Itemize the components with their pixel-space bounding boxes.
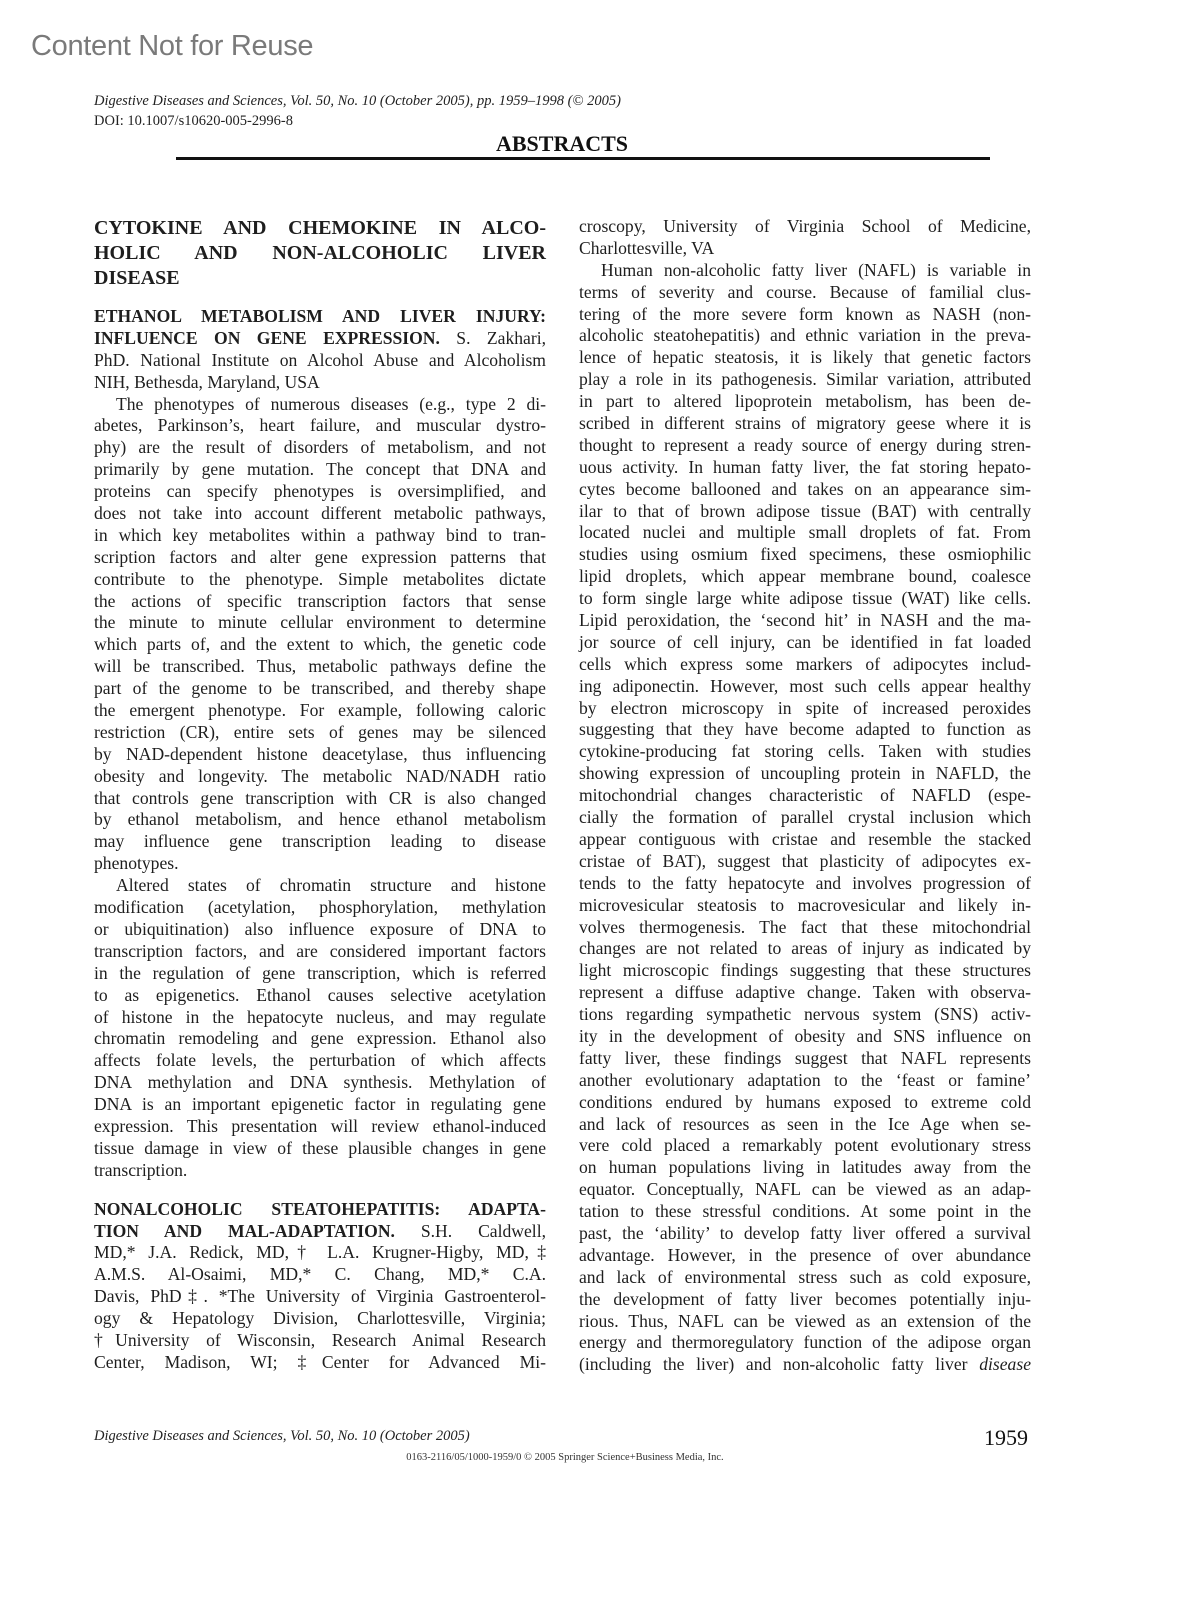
text-line: studies using osmium fixed specimens, th… xyxy=(579,544,1031,566)
text-line: Lipid peroxidation, the ‘second hit’ in … xyxy=(579,610,1031,632)
text-fragment: (including the liver) and non-alcoholic … xyxy=(579,1354,979,1374)
text-line: energy and thermoregulatory function of … xyxy=(579,1332,1031,1354)
text-line: showing expression of uncoupling protein… xyxy=(579,763,1031,785)
copyright-line: 0163-2116/05/1000-1959/0 © 2005 Springer… xyxy=(0,1452,1200,1463)
text-line: restriction (CR), entire sets of genes m… xyxy=(94,722,546,744)
text-line: rious. Thus, NAFL can be viewed as an ex… xyxy=(579,1311,1031,1333)
text-line: represent a diffuse adaptive change. Tak… xyxy=(579,982,1031,1004)
author-line: Center, Madison, WI; ‡Center for Advance… xyxy=(94,1352,546,1374)
text-line: part of the genome to be transcribed, an… xyxy=(94,678,546,700)
copyright-text: 0163-2116/05/1000-1959/0 © 2005 Springer… xyxy=(406,1452,723,1463)
text-line: Human non-alcoholic fatty liver (NAFL) i… xyxy=(579,260,1031,282)
abstract-title-author-line: INFLUENCE ON GENE EXPRESSION. S. Zakhari… xyxy=(94,328,546,350)
text-line: by NAD-dependent histone deacetylase, th… xyxy=(94,744,546,766)
text-line: and lack of resources as seen in the Ice… xyxy=(579,1114,1031,1136)
abstract-title-line: NONALCOHOLIC STEATOHEPATITIS: ADAPTA- xyxy=(94,1199,546,1221)
text-line: to form single large white adipose tissu… xyxy=(579,588,1031,610)
text-line: appear contiguous with cristae and resem… xyxy=(579,829,1031,851)
abstract-title-author-line: TION AND MAL-ADAPTATION. S.H. Caldwell, xyxy=(94,1221,546,1243)
text-line: alcoholic steatohepatitis) and ethnic va… xyxy=(579,325,1031,347)
text-line: will be transcribed. Thus, metabolic pat… xyxy=(94,656,546,678)
text-line: cells which express some markers of adip… xyxy=(579,654,1031,676)
text-line: play a role in its pathogenesis. Similar… xyxy=(579,369,1031,391)
text-line: in the regulation of gene transcription,… xyxy=(94,963,546,985)
major-heading: CYTOKINE AND CHEMOKINE IN ALCO- HOLIC AN… xyxy=(94,216,546,291)
author-name: S.H. Caldwell, xyxy=(395,1221,546,1241)
abstract-paragraph: Altered states of chromatin structure an… xyxy=(94,875,546,1181)
text-line: affects folate levels, the perturbation … xyxy=(94,1050,546,1072)
text-line: Altered states of chromatin structure an… xyxy=(94,875,546,897)
text-line: scription factors and alter gene express… xyxy=(94,547,546,569)
text-line: or ubiquitination) also influence exposu… xyxy=(94,919,546,941)
page-number: 1959 xyxy=(984,1425,1028,1451)
text-line: cytokine-producing fat storing cells. Ta… xyxy=(579,741,1031,763)
text-line: cytes become ballooned and takes on an a… xyxy=(579,479,1031,501)
text-line: to as epigenetics. Ethanol causes select… xyxy=(94,985,546,1007)
major-heading-line: HOLIC AND NON-ALCOHOLIC LIVER xyxy=(94,241,546,266)
author-name: S. Zakhari, xyxy=(440,328,546,348)
affiliation-line: NIH, Bethesda, Maryland, USA xyxy=(94,372,546,394)
spacer xyxy=(94,1182,546,1199)
author-line: MD,* J.A. Redick, MD,† L.A. Krugner-Higb… xyxy=(94,1242,546,1264)
text-line: primarily by gene mutation. The concept … xyxy=(94,459,546,481)
text-line: suggesting that they have become adapted… xyxy=(579,719,1031,741)
text-line: modification (acetylation, phosphorylati… xyxy=(94,897,546,919)
text-line: in which key metabolites within a pathwa… xyxy=(94,525,546,547)
text-line: does not take into account different met… xyxy=(94,503,546,525)
abstract-paragraph: The phenotypes of numerous diseases (e.g… xyxy=(94,394,546,876)
text-line: ilar to that of brown adipose tissue (BA… xyxy=(579,501,1031,523)
text-line: uous activity. In human fatty liver, the… xyxy=(579,457,1031,479)
text-line: proteins can specify phenotypes is overs… xyxy=(94,481,546,503)
text-line: that controls gene transcription with CR… xyxy=(94,788,546,810)
text-line: equator. Conceptually, NAFL can be viewe… xyxy=(579,1179,1031,1201)
text-line: terms of severity and course. Because of… xyxy=(579,282,1031,304)
abstract-nash-adaptation: NONALCOHOLIC STEATOHEPATITIS: ADAPTA- TI… xyxy=(94,1199,546,1374)
text-line: lipid droplets, which appear membrane bo… xyxy=(579,566,1031,588)
major-heading-line: CYTOKINE AND CHEMOKINE IN ALCO- xyxy=(94,216,546,241)
text-line: cially the formation of parallel crystal… xyxy=(579,807,1031,829)
abstract-title-line: ETHANOL METABOLISM AND LIVER INJURY: xyxy=(94,306,546,328)
text-line: may influence gene transcription leading… xyxy=(94,831,546,853)
text-line: tering of the more severe form known as … xyxy=(579,304,1031,326)
text-line: tions regarding sympathetic nervous syst… xyxy=(579,1004,1031,1026)
abstract-title-line: INFLUENCE ON GENE EXPRESSION. xyxy=(94,328,440,348)
text-line: located nuclei and multiple small drople… xyxy=(579,522,1031,544)
text-line: microvesicular steatosis to macrovesicul… xyxy=(579,895,1031,917)
author-line: Davis, PhD‡. *The University of Virginia… xyxy=(94,1286,546,1308)
text-line: expression. This presentation will revie… xyxy=(94,1116,546,1138)
abstract-paragraph: Human non-alcoholic fatty liver (NAFL) i… xyxy=(579,260,1031,1376)
text-line: the development of fatty liver becomes p… xyxy=(579,1289,1031,1311)
doi: DOI: 10.1007/s10620-005-2996-8 xyxy=(94,113,293,130)
text-line: (including the liver) and non-alcoholic … xyxy=(579,1354,1031,1376)
text-line: conditions endured by humans exposed to … xyxy=(579,1092,1031,1114)
text-line: by ethanol metabolism, and hence ethanol… xyxy=(94,809,546,831)
text-line: past, the ‘ability’ to develop fatty liv… xyxy=(579,1223,1031,1245)
watermark: Content Not for Reuse xyxy=(31,30,313,63)
section-title: ABSTRACTS xyxy=(0,131,1200,157)
author-line: A.M.S. Al-Osaimi, MD,* C. Chang, MD,* C.… xyxy=(94,1264,546,1286)
text-line: transcription factors, and are considere… xyxy=(94,941,546,963)
text-line: phy) are the result of disorders of meta… xyxy=(94,437,546,459)
text-line: DNA methylation and DNA synthesis. Methy… xyxy=(94,1072,546,1094)
text-line: jor source of cell injury, can be identi… xyxy=(579,632,1031,654)
text-line: by electron microscopy in spite of incre… xyxy=(579,698,1031,720)
text-line: chromatin remodeling and gene expression… xyxy=(94,1028,546,1050)
text-line: of histone in the hepatocyte nucleus, an… xyxy=(94,1007,546,1029)
affiliation-line: Charlottesville, VA xyxy=(579,238,1031,260)
text-line: thought to represent a ready source of e… xyxy=(579,435,1031,457)
text-line: contribute to the phenotype. Simple meta… xyxy=(94,569,546,591)
text-line: which parts of, and the extent to which,… xyxy=(94,634,546,656)
affiliation-line: PhD. National Institute on Alcohol Abuse… xyxy=(94,350,546,372)
text-line: light microscopic findings suggesting th… xyxy=(579,960,1031,982)
text-line: advantage. However, in the presence of o… xyxy=(579,1245,1031,1267)
text-line: abetes, Parkinson’s, heart failure, and … xyxy=(94,415,546,437)
abstract-ethanol-metabolism: ETHANOL METABOLISM AND LIVER INJURY: INF… xyxy=(94,306,546,1182)
text-line: vere cold placed a remarkably potent evo… xyxy=(579,1135,1031,1157)
text-line: the minute to minute cellular environmen… xyxy=(94,612,546,634)
footer-journal-citation: Digestive Diseases and Sciences, Vol. 50… xyxy=(94,1428,470,1445)
text-line: and lack of environmental stress such as… xyxy=(579,1267,1031,1289)
major-heading-line: DISEASE xyxy=(94,266,546,291)
text-line: in part to altered lipoprotein metabolis… xyxy=(579,391,1031,413)
text-line: mitochondrial changes characteristic of … xyxy=(579,785,1031,807)
text-line: The phenotypes of numerous diseases (e.g… xyxy=(94,394,546,416)
header-rule xyxy=(176,157,990,160)
text-line: tends to the fatty hepatocyte and involv… xyxy=(579,873,1031,895)
author-line: ogy & Hepatology Division, Charlottesvil… xyxy=(94,1308,546,1330)
text-line: changes are not related to areas of inju… xyxy=(579,938,1031,960)
text-line: transcription. xyxy=(94,1160,546,1182)
italic-word: disease xyxy=(979,1354,1031,1374)
journal-citation: Digestive Diseases and Sciences, Vol. 50… xyxy=(94,93,621,110)
text-line: phenotypes. xyxy=(94,853,546,875)
text-line: tissue damage in view of these plausible… xyxy=(94,1138,546,1160)
affiliation-line: croscopy, University of Virginia School … xyxy=(579,216,1031,238)
text-line: another evolutionary adaptation to the ‘… xyxy=(579,1070,1031,1092)
left-column: CYTOKINE AND CHEMOKINE IN ALCO- HOLIC AN… xyxy=(94,216,546,1374)
section-title-text: ABSTRACTS xyxy=(496,131,628,156)
text-line: volves thermogenesis. The fact that thes… xyxy=(579,917,1031,939)
right-column: croscopy, University of Virginia School … xyxy=(579,216,1031,1376)
text-line: the emergent phenotype. For example, fol… xyxy=(94,700,546,722)
text-line: tation to these stressful conditions. At… xyxy=(579,1201,1031,1223)
text-line: scribed in different strains of migrator… xyxy=(579,413,1031,435)
author-line: †University of Wisconsin, Research Anima… xyxy=(94,1330,546,1352)
text-line: lence of hepatic steatosis, it is likely… xyxy=(579,347,1031,369)
text-line: the actions of specific transcription fa… xyxy=(94,591,546,613)
text-line: DNA is an important epigenetic factor in… xyxy=(94,1094,546,1116)
text-line: on human populations living in latitudes… xyxy=(579,1157,1031,1179)
text-line: fatty liver, these findings suggest that… xyxy=(579,1048,1031,1070)
text-line: ing adiponectin. However, most such cell… xyxy=(579,676,1031,698)
text-line: ity in the development of obesity and SN… xyxy=(579,1026,1031,1048)
abstract-title-line: TION AND MAL-ADAPTATION. xyxy=(94,1221,395,1241)
text-line: cristae of BAT), suggest that plasticity… xyxy=(579,851,1031,873)
text-line: obesity and longevity. The metabolic NAD… xyxy=(94,766,546,788)
